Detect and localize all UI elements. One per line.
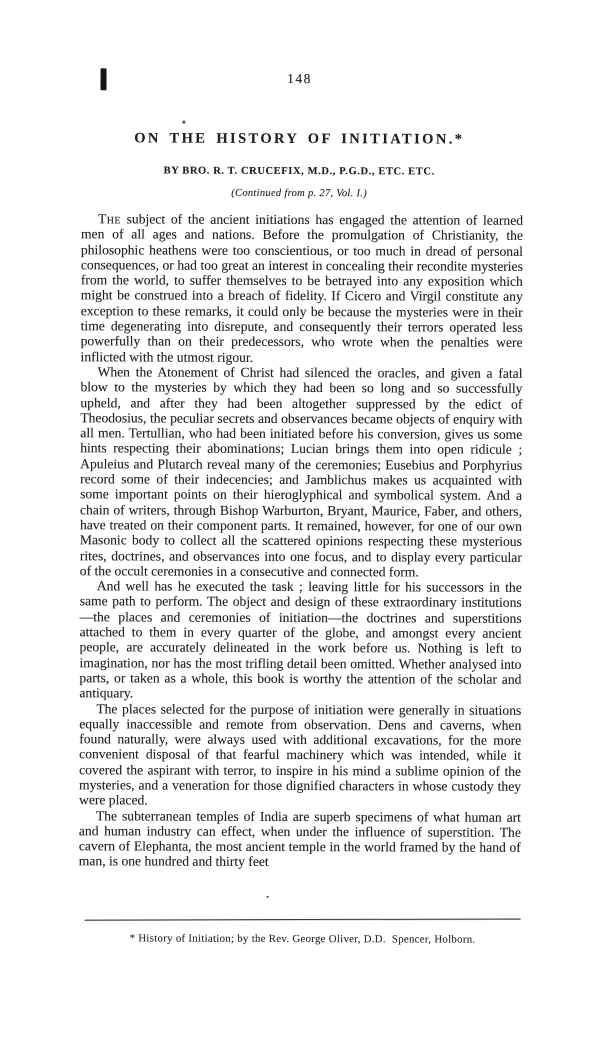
scan-speck (182, 121, 185, 124)
continuation-note: (Continued from p. 27, Vol. I.) (1, 187, 596, 200)
article-title: ON THE HISTORY OF INITIATION.* (1, 130, 596, 149)
article-body: The subject of the ancient initiations h… (79, 211, 523, 870)
document-page: 148 ON THE HISTORY OF INITIATION.* BY BR… (0, 0, 596, 1037)
paragraph-3: And well has he executed the task ; leav… (79, 578, 521, 702)
paragraph-1: The subject of the ancient initiations h… (81, 211, 524, 366)
byline: BY BRO. R. T. CRUCEFIX, M.D., P.G.D., ET… (1, 165, 596, 178)
footnote-block: * History of Initiation; by the Rev. Geo… (85, 918, 521, 946)
paragraph-2: When the Atonement of Christ had silence… (80, 364, 523, 580)
paragraph-1-text: subject of the ancient initiations has e… (81, 211, 524, 364)
page-number: 148 (2, 70, 596, 88)
footnote-rule (85, 918, 521, 920)
scan-speck (267, 896, 269, 898)
footnote-text: * History of Initiation; by the Rev. Geo… (85, 932, 521, 946)
lead-word: The (98, 211, 121, 226)
paragraph-4: The places selected for the purpose of i… (79, 701, 521, 810)
paragraph-5: The subterranean temples of India are su… (79, 808, 521, 871)
